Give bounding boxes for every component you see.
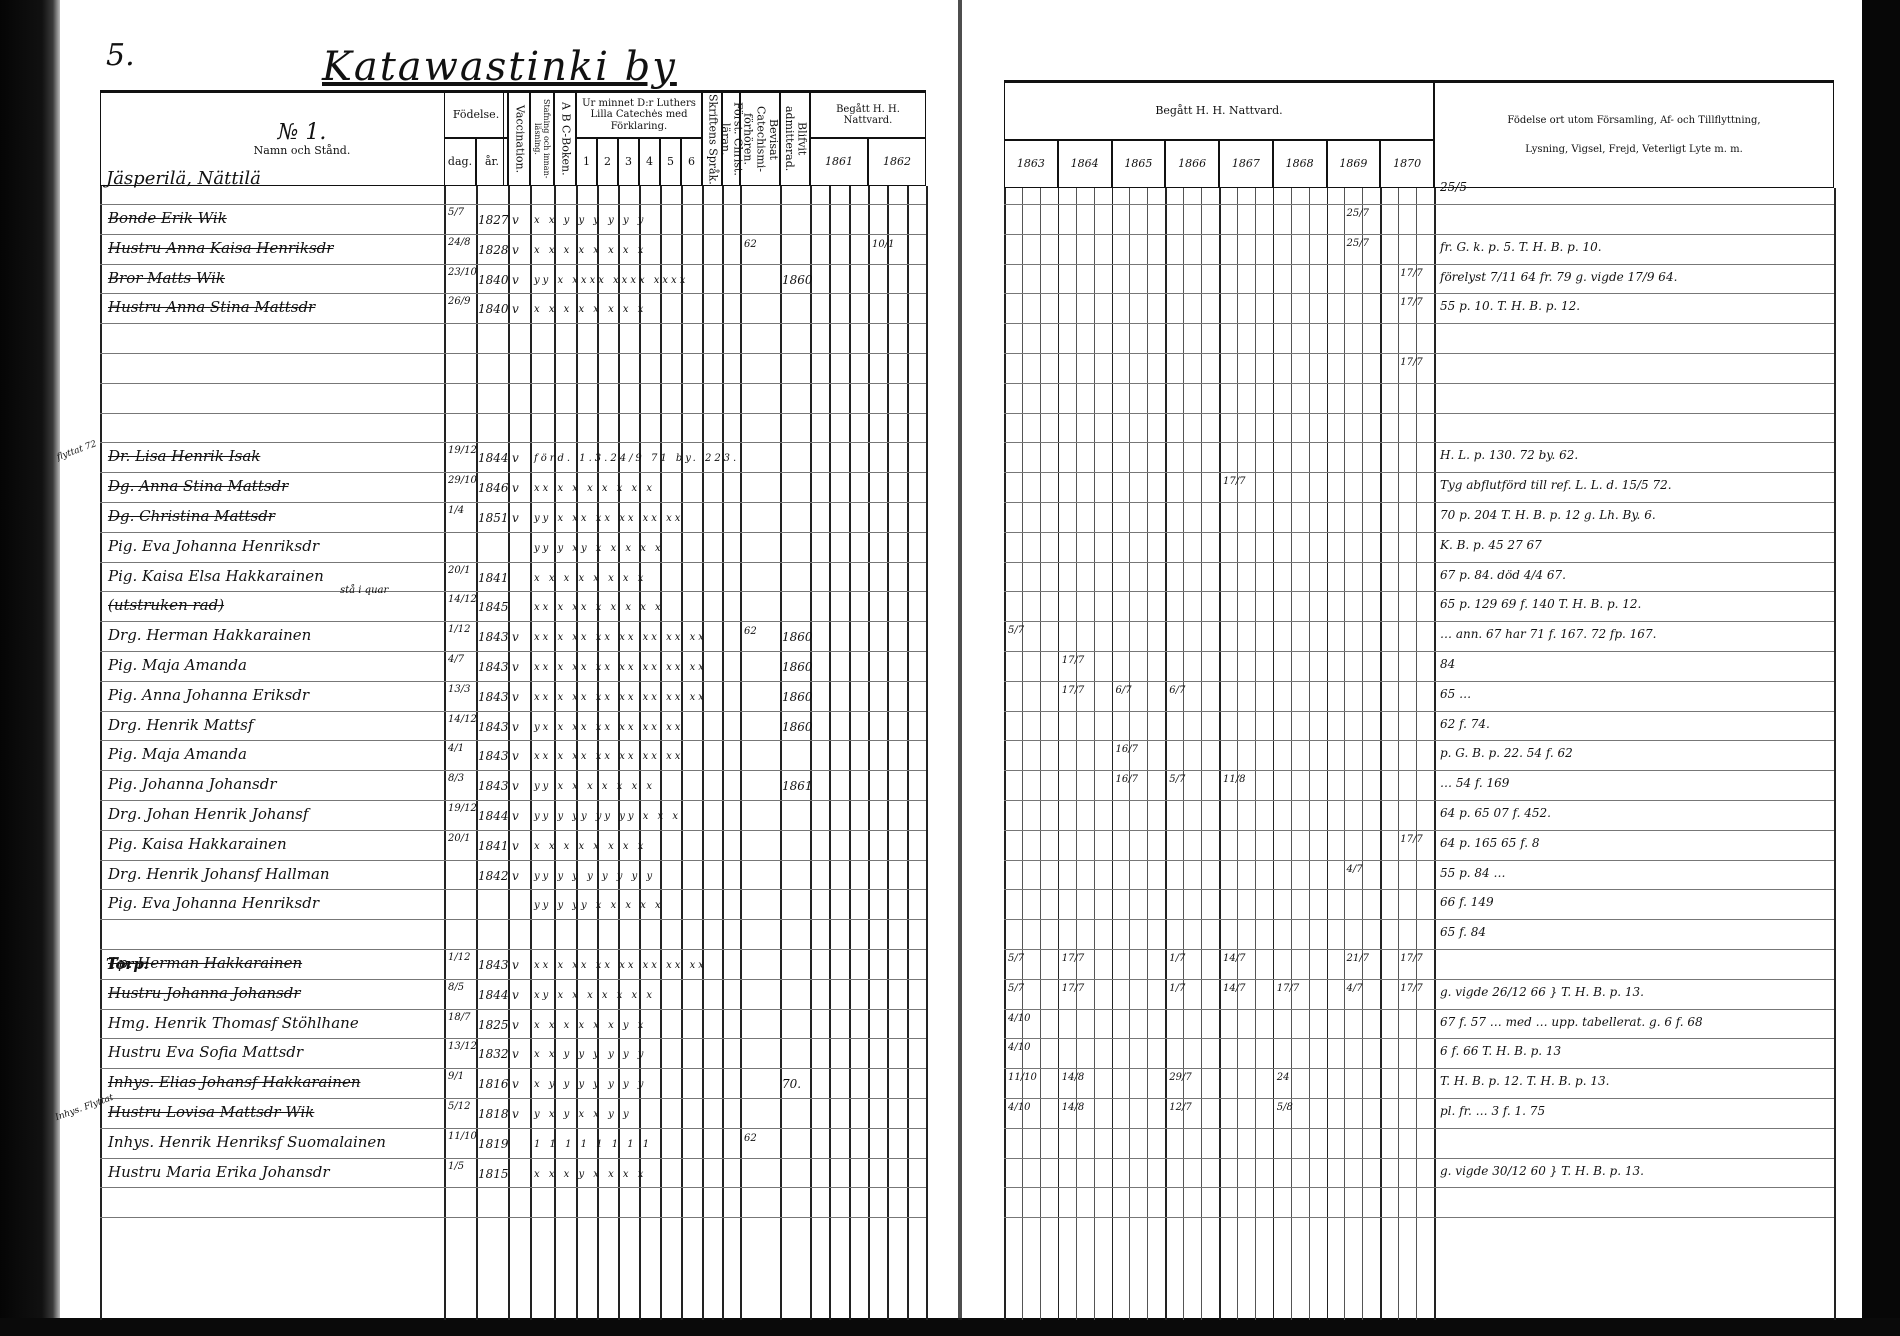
grid-line-horizontal (100, 1038, 926, 1039)
grid-line-horizontal (1004, 770, 1834, 771)
remark-note: 84 (1440, 657, 1455, 671)
grid-line-horizontal (1004, 413, 1834, 414)
grid-line-horizontal (1004, 532, 1834, 533)
grid-line-horizontal (1004, 204, 1834, 205)
birth-year: 1819 (478, 1137, 509, 1151)
grid-line-vertical (1327, 188, 1329, 1320)
person-name: Pig. Kaisa Hakkarainen (108, 835, 287, 853)
communion-date: 4/10 (1008, 1102, 1030, 1113)
person-name: Bonde Erik Wik (108, 209, 227, 227)
header-reading: Stafning och innan-läsning. (530, 90, 554, 186)
communion-date: 6/7 (1169, 685, 1185, 696)
communion-date: 25/7 (1347, 208, 1369, 219)
grid-line-horizontal (100, 889, 926, 890)
grid-line-horizontal (1004, 711, 1834, 712)
communion-date: 17/7 (1062, 655, 1084, 666)
grid-line-horizontal (100, 711, 926, 712)
birth-year: 1818 (478, 1107, 509, 1121)
grid-line-horizontal (100, 442, 926, 443)
remark-note: g. vigde 26/12 66 } T. H. B. p. 13. (1440, 985, 1644, 999)
grid-line-vertical (1004, 188, 1006, 1320)
knowledge-marks: x x x x x x x x (534, 304, 646, 315)
person-name: Hustru Maria Erika Johansdr (108, 1163, 330, 1181)
right-page: Begått H. H. Nattvard. 18631864186518661… (962, 0, 1862, 1320)
communion-1862: 10/1 (872, 239, 894, 250)
birth-day: 24/8 (448, 237, 470, 248)
knowledge-marks: xx x xx xx xx xx xx xx (534, 632, 707, 643)
communion-date: 17/7 (1062, 983, 1084, 994)
christianity-mark: 62 (744, 239, 757, 250)
grid-line-horizontal (100, 413, 926, 414)
birth-day: 8/5 (448, 982, 464, 993)
birth-year: 1843 (478, 690, 509, 704)
vaccination-mark: v (512, 809, 519, 823)
person-name: Pig. Eva Johanna Henriksdr (108, 537, 319, 555)
birth-year: 1815 (478, 1167, 509, 1181)
grid-line-horizontal (100, 800, 926, 801)
communion-date: 16/7 (1116, 774, 1138, 785)
knowledge-marks: yy y xy x x x x x (534, 543, 664, 554)
header-year: 1868 (1273, 140, 1327, 188)
grid-line-horizontal (1004, 323, 1834, 324)
header-catechism-part: 3 (618, 138, 639, 186)
person-name: Pig. Eva Johanna Henriksdr (108, 894, 319, 912)
communion-date: 5/7 (1008, 953, 1024, 964)
communion-date: 14/7 (1223, 953, 1245, 964)
remark-note: 25/5 (1440, 180, 1467, 194)
grid-line-horizontal (100, 293, 926, 294)
vaccination-mark: v (512, 1018, 519, 1032)
remark-note: 64 p. 165 65 f. 8 (1440, 836, 1539, 850)
grid-line-vertical (1183, 188, 1184, 1320)
grid-line-vertical (829, 186, 831, 1320)
grid-line-horizontal (1004, 1128, 1834, 1129)
remark-note: 62 f. 74. (1440, 717, 1490, 731)
birth-day: 5/7 (448, 207, 464, 218)
grid-line-horizontal (1004, 860, 1834, 861)
communion-date: 11/8 (1223, 774, 1245, 785)
birth-day: 26/9 (448, 296, 470, 307)
communion-date: 12/7 (1169, 1102, 1191, 1113)
vaccination-mark: v (512, 630, 519, 644)
birth-day: 23/10 (448, 267, 477, 278)
grid-line-vertical (530, 186, 532, 1320)
birth-day: 5/12 (448, 1101, 470, 1112)
communion-date: 17/7 (1400, 268, 1422, 279)
birth-year: 1844 (478, 451, 509, 465)
grid-line-horizontal (100, 204, 926, 205)
grid-line-vertical (1362, 188, 1363, 1320)
grid-line-horizontal (1004, 472, 1834, 473)
header-catechism-part: 5 (660, 138, 681, 186)
knowledge-marks: yy y y y y y y y (534, 871, 655, 882)
person-name: Drg. Herman Hakkarainen (108, 626, 311, 644)
vaccination-mark: v (512, 749, 519, 763)
header-birth-day: dag. (444, 138, 476, 186)
person-name: (utstruken rad) (108, 596, 224, 614)
vaccination-mark: v (512, 1047, 519, 1061)
knowledge-marks: förd. 1.3.24/9 71 by. 223. (534, 453, 739, 464)
communion-date: 17/7 (1400, 297, 1422, 308)
admitted-year: 1860 (782, 273, 813, 287)
vaccination-mark: v (512, 302, 519, 316)
remark-note: fr. G. k. p. 5. T. H. B. p. 10. (1440, 240, 1602, 254)
birth-year: 1851 (478, 511, 509, 525)
communion-date: 17/7 (1223, 476, 1245, 487)
person-name: Bror Matts Wik (108, 269, 225, 287)
knowledge-marks: yy x x x x x x x (534, 781, 655, 792)
knowledge-marks: xy x x x x x x x (534, 990, 655, 1001)
grid-line-horizontal (100, 234, 926, 235)
grid-line-horizontal (1004, 502, 1834, 503)
birth-day: 13/12 (448, 1041, 477, 1052)
communion-date: 1/7 (1169, 953, 1185, 964)
communion-date: 14/8 (1062, 1102, 1084, 1113)
grid-line-vertical (1291, 188, 1292, 1320)
person-name: Hustru Lovisa Mattsdr Wik (108, 1103, 314, 1121)
communion-date: 1/7 (1169, 983, 1185, 994)
birth-day: 1/5 (448, 1161, 464, 1172)
communion-date: 5/8 (1277, 1102, 1293, 1113)
birth-day: 13/3 (448, 684, 470, 695)
christianity-mark: 62 (744, 626, 757, 637)
birth-year: 1843 (478, 958, 509, 972)
birth-day: 8/3 (448, 773, 464, 784)
communion-date: 21/7 (1347, 953, 1369, 964)
grid-line-vertical (780, 186, 782, 1320)
header-catechism-proof: Bevisat Catechismi-förhören. (740, 90, 780, 186)
grid-line-horizontal (1004, 681, 1834, 682)
knowledge-marks: x y y y y y y y (534, 1079, 646, 1090)
grid-line-vertical (1076, 188, 1077, 1320)
grid-line-horizontal (100, 1217, 926, 1218)
person-name: Pig. Maja Amanda (108, 656, 247, 674)
vaccination-mark: v (512, 1077, 519, 1091)
remark-note: H. L. p. 130. 72 by. 62. (1440, 448, 1578, 462)
remark-note: 55 p. 10. T. H. B. p. 12. (1440, 299, 1580, 313)
remark-note: 64 p. 65 07 f. 452. (1440, 806, 1551, 820)
vaccination-mark: v (512, 839, 519, 853)
birth-year: 1843 (478, 720, 509, 734)
birth-day: 1/12 (448, 952, 470, 963)
header-birth-year: år. (476, 138, 508, 186)
grid-line-horizontal (100, 532, 926, 533)
admitted-year: 1860 (782, 690, 813, 704)
grid-line-vertical (1147, 188, 1148, 1320)
knowledge-marks: xx x xx xx xx xx xx xx (534, 692, 707, 703)
grid-line-horizontal (1004, 1098, 1834, 1099)
birth-year: 1828 (478, 243, 509, 257)
grid-line-vertical (1165, 188, 1167, 1320)
communion-date: 25/7 (1347, 238, 1369, 249)
communion-date: 17/7 (1400, 983, 1422, 994)
birth-day: 11/10 (448, 1131, 477, 1142)
birth-year: 1841 (478, 571, 509, 585)
header-christianity: Först. Christ. läran. (722, 90, 740, 186)
grid-line-vertical (1040, 188, 1041, 1320)
birth-day: 9/1 (448, 1071, 464, 1082)
birth-year: 1844 (478, 988, 509, 1002)
remark-note: pl. fr. … 3 f. 1. 75 (1440, 1104, 1545, 1118)
grid-line-horizontal (1004, 1009, 1834, 1010)
knowledge-marks: x x y y y y y y (534, 1049, 646, 1060)
birth-day: 4/1 (448, 743, 464, 754)
knowledge-marks: 1 1 1 1 1 1 1 1 (534, 1139, 652, 1150)
remark-note: g. vigde 30/12 60 } T. H. B. p. 13. (1440, 1164, 1644, 1178)
christianity-mark: 62 (744, 1133, 757, 1144)
communion-date: 17/7 (1400, 357, 1422, 368)
vaccination-mark: v (512, 988, 519, 1002)
margin-note: flyttat 72 (56, 440, 99, 464)
remark-note: 65 p. 129 69 f. 140 T. H. B. p. 12. (1440, 597, 1641, 611)
remark-note: 67 f. 57 … med … upp. tabellerat. g. 6 f… (1440, 1015, 1703, 1029)
grid-line-horizontal (1004, 800, 1834, 801)
grid-line-horizontal (100, 860, 926, 861)
knowledge-marks: xx x xx xx xx xx xx (534, 751, 683, 762)
grid-line-vertical (1058, 188, 1060, 1320)
communion-date: 16/7 (1116, 744, 1138, 755)
grid-line-horizontal (100, 502, 926, 503)
birth-year: 1843 (478, 630, 509, 644)
birth-day: 19/12 (448, 803, 477, 814)
name-column-label: Namn och Stånd. (254, 145, 351, 158)
grid-line-horizontal (100, 740, 926, 741)
grid-line-horizontal (100, 979, 926, 980)
admitted-year: 1860 (782, 720, 813, 734)
grid-line-vertical (810, 186, 812, 1320)
grid-line-vertical (1398, 188, 1399, 1320)
grid-line-horizontal (100, 770, 926, 771)
person-name: Drg. Henrik Johansf Hallman (108, 865, 330, 883)
village-title: Katawastinki by (322, 44, 677, 90)
scan-edge-left (0, 0, 60, 1336)
birth-year: 1845 (478, 600, 509, 614)
birth-year: 1825 (478, 1018, 509, 1032)
grid-line-horizontal (100, 919, 926, 920)
knowledge-marks: xx x x x x x x x (534, 483, 655, 494)
communion-date: 17/7 (1400, 953, 1422, 964)
grid-line-vertical (868, 186, 870, 1320)
knowledge-marks: y x y x x y y (534, 1109, 632, 1120)
header-year-1861: 1861 (810, 138, 868, 186)
remark-note: 65 f. 84 (1440, 925, 1486, 939)
communion-date: 4/7 (1347, 864, 1363, 875)
birth-day: 20/1 (448, 565, 470, 576)
communion-date: 17/7 (1400, 834, 1422, 845)
superscript-note: stå i quar (340, 585, 388, 596)
remark-note: Tyg abflutförd till ref. L. L. d. 15/5 7… (1440, 478, 1672, 492)
grid-line-horizontal (1004, 383, 1834, 384)
remarks-header-line1: Födelse ort utom Församling, Af- och Til… (1507, 115, 1760, 127)
communion-date: 4/7 (1347, 983, 1363, 994)
register-number: № 1. (278, 120, 327, 145)
vaccination-mark: v (512, 273, 519, 287)
grid-line-horizontal (1004, 1187, 1834, 1188)
person-name: Hmg. Henrik Thomasf Stöhlhane (108, 1014, 359, 1032)
birth-year: 1846 (478, 481, 509, 495)
remark-note: förelyst 7/11 64 fr. 79 g. vigde 17/9 64… (1440, 270, 1677, 284)
header-catechism: Ur minnet D:r Luthers Lilla Catechės med… (576, 90, 702, 138)
remark-note: 55 p. 84 … (1440, 866, 1505, 880)
header-vaccination: Vaccination. (508, 90, 530, 186)
grid-line-vertical (1273, 188, 1275, 1320)
communion-date: 6/7 (1116, 685, 1132, 696)
communion-date: 17/7 (1277, 983, 1299, 994)
grid-line-horizontal (1004, 651, 1834, 652)
grid-line-vertical (1219, 188, 1221, 1320)
grid-line-horizontal (1004, 919, 1834, 920)
grid-line-horizontal (100, 1158, 926, 1159)
birth-year: 1816 (478, 1077, 509, 1091)
grid-line-horizontal (1004, 562, 1834, 563)
birth-year: 1827 (478, 213, 509, 227)
grid-line-horizontal (1004, 591, 1834, 592)
grid-line-horizontal (1004, 1068, 1834, 1069)
remarks-header-line2: Lysning, Vigsel, Frejd, Veterligt Lyte m… (1525, 144, 1743, 156)
header-year-1862: 1862 (868, 138, 926, 186)
grid-line-vertical (1380, 188, 1382, 1320)
grid-line-horizontal (1004, 830, 1834, 831)
birth-day: 14/12 (448, 714, 477, 725)
remark-note: 66 f. 149 (1440, 895, 1494, 909)
header-year: 1869 (1327, 140, 1381, 188)
header-remarks: Födelse ort utom Församling, Af- och Til… (1434, 80, 1834, 188)
grid-line-horizontal (100, 323, 926, 324)
household-head: Jäsperilä, Nättilä (106, 168, 261, 189)
vaccination-mark: v (512, 511, 519, 525)
knowledge-marks: yy y yy x x x x x (534, 900, 664, 911)
communion-date: 5/7 (1008, 983, 1024, 994)
knowledge-marks: yy y yy yy yy x x x (534, 811, 681, 822)
grid-line-vertical (1112, 188, 1114, 1320)
birth-year: 1840 (478, 273, 509, 287)
grid-line-vertical (1022, 188, 1023, 1320)
knowledge-marks: x x x x x x x x (534, 245, 646, 256)
header-year: 1870 (1380, 140, 1434, 188)
remark-note: T. H. B. p. 12. T. H. B. p. 13. (1440, 1074, 1609, 1088)
person-name: Inhys. Henrik Henriksf Suomalainen (108, 1133, 386, 1151)
scan-edge-right (1862, 0, 1900, 1336)
grid-line-vertical (722, 186, 724, 1320)
grid-line-horizontal (100, 1068, 926, 1069)
grid-line-vertical (926, 186, 928, 1320)
grid-line-horizontal (100, 621, 926, 622)
grid-line-vertical (1201, 188, 1202, 1320)
header-abc-book: A B C-Boken. (554, 90, 576, 186)
grid-line-vertical (1834, 188, 1836, 1320)
grid-line-horizontal (1004, 234, 1834, 235)
grid-line-horizontal (1004, 442, 1834, 443)
person-name: Pig. Anna Johanna Eriksdr (108, 686, 309, 704)
grid-line-horizontal (1004, 740, 1834, 741)
admitted-year: 70. (782, 1077, 801, 1091)
admitted-year: 1861 (782, 779, 813, 793)
remark-note: K. B. p. 45 27 67 (1440, 538, 1542, 552)
grid-line-horizontal (1004, 1158, 1834, 1159)
grid-line-horizontal (1004, 1217, 1834, 1218)
knowledge-marks: x x x x x x x x (534, 573, 646, 584)
header-catechism-part: 4 (639, 138, 660, 186)
header-catechism-part: 2 (597, 138, 618, 186)
knowledge-marks: x x x y x x x x (534, 1169, 646, 1180)
communion-date: 24 (1277, 1072, 1290, 1083)
communion-date: 5/7 (1169, 774, 1185, 785)
grid-line-vertical (1237, 188, 1238, 1320)
grid-line-horizontal (100, 591, 926, 592)
vaccination-mark: v (512, 213, 519, 227)
header-catechism-part: 6 (681, 138, 702, 186)
remark-note: 67 p. 84. död 4/4 67. (1440, 568, 1566, 582)
person-name: Hustru Eva Sofia Mattsdr (108, 1043, 303, 1061)
vaccination-mark: v (512, 451, 519, 465)
knowledge-marks: xx x xx xx xx xx xx xx (534, 960, 707, 971)
grid-line-horizontal (100, 1187, 926, 1188)
person-name: Hustru Anna Kaisa Henriksdr (108, 239, 333, 257)
header-communion-right: Begått H. H. Nattvard. (1004, 80, 1434, 140)
remark-note: … 54 f. 169 (1440, 776, 1509, 790)
communion-date: 5/7 (1008, 625, 1024, 636)
remark-note: 70 p. 204 T. H. B. p. 12 g. Lh. By. 6. (1440, 508, 1656, 522)
birth-year: 1841 (478, 839, 509, 853)
birth-year: 1843 (478, 660, 509, 674)
birth-day: 18/7 (448, 1012, 470, 1023)
header-admitted: Blifvit admitterad. (780, 90, 810, 186)
remark-note: p. G. B. p. 22. 54 f. 62 (1440, 746, 1573, 760)
header-year: 1866 (1165, 140, 1219, 188)
knowledge-marks: xx x xx xx xx xx xx xx (534, 662, 707, 673)
grid-line-horizontal (100, 1098, 926, 1099)
header-catechism-part: 1 (576, 138, 597, 186)
remark-note: 65 … (1440, 687, 1471, 701)
knowledge-marks: x x x x x x x x (534, 841, 646, 852)
grid-line-vertical (1094, 188, 1095, 1320)
birth-day: 4/7 (448, 654, 464, 665)
communion-date: 4/10 (1008, 1013, 1030, 1024)
knowledge-marks: yy x xxxx xxxx xxxx (534, 275, 688, 286)
person-name: Drg. Henrik Mattsf (108, 716, 253, 734)
vaccination-mark: v (512, 690, 519, 704)
birth-day: 1/4 (448, 505, 464, 516)
grid-line-horizontal (1004, 889, 1834, 890)
grid-line-vertical (1309, 188, 1310, 1320)
vaccination-mark: v (512, 660, 519, 674)
knowledge-marks: yy x xx xx xx xx xx (534, 513, 683, 524)
grid-line-horizontal (100, 1128, 926, 1129)
vaccination-mark: v (512, 720, 519, 734)
header-year: 1865 (1112, 140, 1166, 188)
grid-line-vertical (887, 186, 889, 1320)
birth-day: 20/1 (448, 833, 470, 844)
grid-line-horizontal (100, 1009, 926, 1010)
grid-line-horizontal (1004, 621, 1834, 622)
birth-day: 1/12 (448, 624, 470, 635)
grid-line-vertical (444, 186, 446, 1320)
header-year: 1864 (1058, 140, 1112, 188)
birth-day: 29/10 (448, 475, 477, 486)
grid-line-horizontal (1004, 979, 1834, 980)
communion-date: 17/7 (1062, 685, 1084, 696)
birth-year: 1842 (478, 869, 509, 883)
person-name: Pig. Kaisa Elsa Hakkarainen (108, 567, 324, 585)
communion-date: 17/7 (1062, 953, 1084, 964)
grid-line-horizontal (100, 830, 926, 831)
communion-date: 4/10 (1008, 1042, 1030, 1053)
header-year: 1863 (1004, 140, 1058, 188)
vaccination-mark: v (512, 779, 519, 793)
header-birth: Födelse. (444, 90, 508, 138)
grid-line-horizontal (100, 264, 926, 265)
grid-line-vertical (1255, 188, 1256, 1320)
